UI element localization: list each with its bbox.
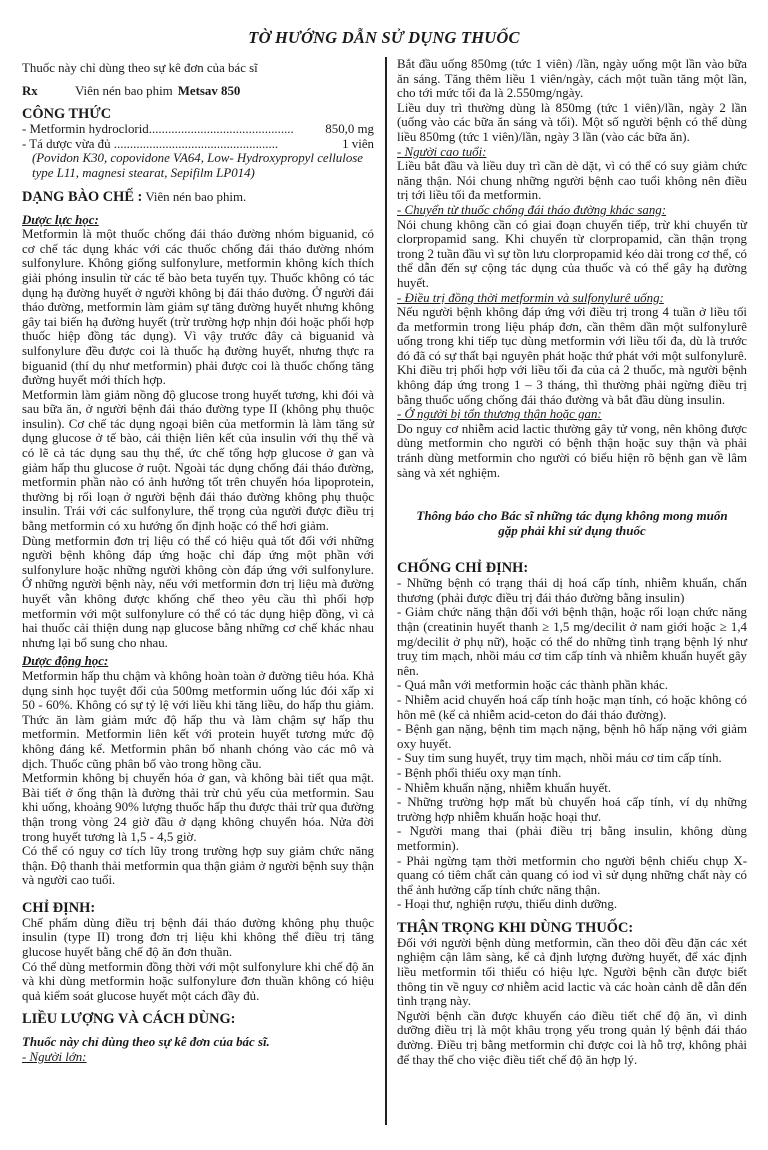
dosage-form-heading: DẠNG BÀO CHẾ : (22, 189, 142, 205)
document-title: TỜ HƯỚNG DẪN SỬ DỤNG THUỐC (0, 28, 768, 48)
list-item: - Hoại thư, nghiện rượu, thiếu dinh dưỡn… (397, 897, 747, 912)
paragraph: Có thể dùng metformin đồng thời với một … (22, 960, 374, 1004)
ingredient-name: - Tá dược vừa đủ .......................… (22, 137, 342, 152)
paragraph: Nói chung không cần có giai đoạn chuyển … (397, 218, 747, 291)
adults-heading: - Người lớn: (22, 1050, 374, 1065)
list-item: - Nhiễm khuẩn nặng, nhiễm khuẩn huyết. (397, 781, 747, 796)
paragraph: Chế phẩm dùng điều trị bệnh đái tháo đườ… (22, 916, 374, 960)
paragraph: Metformin hấp thu chậm và không hoàn toà… (22, 669, 374, 771)
list-item: - Bệnh gan nặng, bệnh tim mạch nặng, bện… (397, 722, 747, 751)
paragraph: Bắt đầu uống 850mg (tức 1 viên) /lần, ng… (397, 57, 747, 101)
notice-line: Thông báo cho Bác sĩ những tác dụng khôn… (397, 508, 747, 523)
paragraph: Metformin không bị chuyển hóa ở gan, và … (22, 771, 374, 844)
list-item: - Suy tim sung huyết, trụy tim mạch, nhồ… (397, 751, 747, 766)
paragraph: Metformin làm giảm nồng độ glucose trong… (22, 388, 374, 534)
dosage-form-line: DẠNG BÀO CHẾ : Viên nén bao phim. (22, 189, 374, 205)
pharmacokinetics-heading: Dược động học: (22, 654, 374, 669)
paragraph: Đối với người bệnh dùng metformin, cần t… (397, 936, 747, 1009)
ingredient-value: 1 viên (342, 137, 374, 152)
list-item: - Giảm chức năng thận đối với bệnh thận,… (397, 605, 747, 678)
list-item: - Quá mẫn với metformin hoặc các thành p… (397, 678, 747, 693)
list-item: - Những trường hợp mất bù chuyển hoá cấp… (397, 795, 747, 824)
notice-line: gặp phải khi sử dụng thuốc (397, 523, 747, 538)
rx-label: Rx (22, 84, 75, 99)
product-line: Rx Viên nén bao phim Metsav 850 (22, 84, 374, 99)
dosage-form-value: Viên nén bao phim. (145, 190, 246, 204)
switching-heading: - Chuyển từ thuốc chống đái tháo đường k… (397, 203, 747, 218)
list-item: - Những bệnh có trạng thái dị hoá cấp tí… (397, 576, 747, 605)
renal-hepatic-heading: - Ở người bị tổn thương thận hoặc gan: (397, 407, 747, 422)
ingredient-row: - Metformin hydroclorid.................… (22, 122, 374, 137)
paragraph: Dùng metformin đơn trị liệu có thể có hi… (22, 534, 374, 651)
product-name: Metsav 850 (178, 84, 241, 99)
ingredient-row: - Tá dược vừa đủ .......................… (22, 137, 374, 152)
precautions-heading: THẬN TRỌNG KHI DÙNG THUỐC: (397, 920, 747, 936)
dosage-heading: LIỀU LƯỢNG VÀ CÁCH DÙNG: (22, 1011, 374, 1027)
paragraph: Do nguy cơ nhiễm acid lactic thường gây … (397, 422, 747, 480)
right-column: Bắt đầu uống 850mg (tức 1 viên) /lần, ng… (397, 57, 747, 1067)
ingredient-name: - Metformin hydroclorid.................… (22, 122, 325, 137)
combination-heading: - Điều trị đồng thời metformin và sulfon… (397, 291, 747, 306)
pharmacodynamics-heading: Dược lực học: (22, 213, 374, 228)
column-divider (385, 57, 387, 1125)
excipients-list: (Povidon K30, copovidone VA64, Low- Hydr… (22, 151, 374, 180)
composition-heading: CÔNG THỨC (22, 106, 374, 122)
adverse-effects-notice: Thông báo cho Bác sĩ những tác dụng khôn… (397, 508, 747, 538)
list-item: - Người mang thai (phải điều trị bằng in… (397, 824, 747, 853)
paragraph: Có thể có nguy cơ tích lũy trong trường … (22, 844, 374, 888)
list-item: - Bệnh phổi thiếu oxy mạn tính. (397, 766, 747, 781)
paragraph: Liều duy trì thường dùng là 850mg (tức 1… (397, 101, 747, 145)
rx-form: Viên nén bao phim (75, 84, 173, 99)
left-column: Thuốc này chỉ dùng theo sự kê đơn của bá… (22, 57, 374, 1065)
paragraph: Liều bắt đầu và liều duy trì cần dè dặt,… (397, 159, 747, 203)
contraindications-heading: CHỐNG CHỈ ĐỊNH: (397, 560, 747, 576)
paragraph: Metformin là một thuốc chống đái tháo đư… (22, 227, 374, 388)
indications-heading: CHỈ ĐỊNH: (22, 900, 374, 916)
elderly-heading: - Người cao tuổi: (397, 145, 747, 160)
paragraph: Nếu người bệnh không đáp ứng với điều tr… (397, 305, 747, 407)
paragraph: Người bệnh cần được khuyến cáo điều tiết… (397, 1009, 747, 1067)
list-item: - Nhiễm acid chuyển hoá cấp tính hoặc mạ… (397, 693, 747, 722)
dosage-rx-note: Thuốc này chỉ dùng theo sự kê đơn của bá… (22, 1035, 374, 1050)
rx-notice: Thuốc này chỉ dùng theo sự kê đơn của bá… (22, 61, 374, 76)
ingredient-value: 850,0 mg (325, 122, 374, 137)
list-item: - Phải ngừng tạm thời metformin cho ngườ… (397, 854, 747, 898)
